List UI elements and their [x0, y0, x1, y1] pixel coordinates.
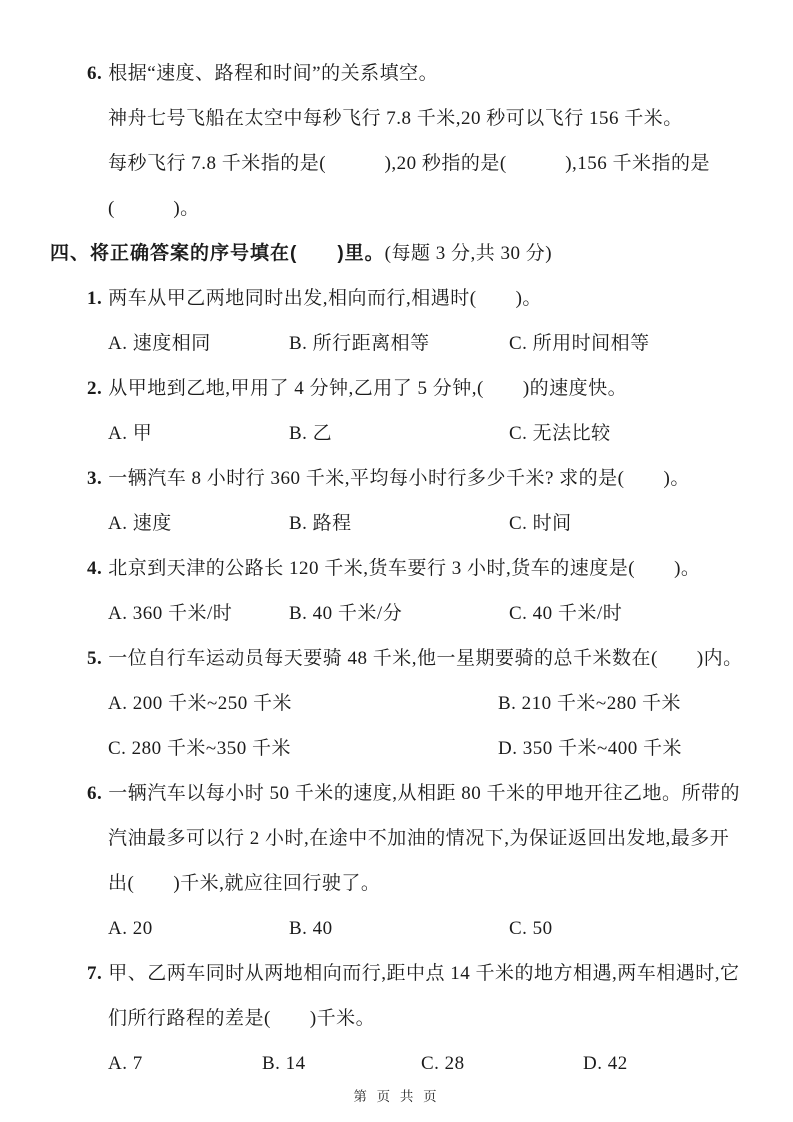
question-text: 甲、乙两车同时从两地相向而行,距中点 14 千米的地方相遇,两车相遇时,它	[108, 963, 739, 984]
question-text: ( )。	[108, 198, 200, 219]
question-number: 1.	[87, 288, 102, 309]
question-text: 出( )千米,就应往回行驶了。	[108, 873, 380, 894]
option-a: A. 速度相同	[108, 321, 289, 366]
question-text: 每秒飞行 7.8 千米指的是( ),20 秒指的是( ),156 千米指的是	[108, 153, 710, 174]
question-prompt: 根据“速度、路程和时间”的关系填空。	[108, 63, 438, 84]
question-4-options: A. 360 千米/时B. 40 千米/分C. 40 千米/时	[0, 591, 793, 636]
option-c: C. 无法比较	[509, 411, 611, 456]
question-text: 一辆汽车以每小时 50 千米的速度,从相距 80 千米的甲地开往乙地。所带的	[108, 783, 740, 804]
question-number: 6.	[87, 783, 102, 804]
question-text: 汽油最多可以行 2 小时,在途中不加油的情况下,为保证返回出发地,最多开	[108, 828, 729, 849]
page-number-label: 第 页 共 页	[353, 1089, 439, 1104]
fill-question-blanks-line-1: 每秒飞行 7.8 千米指的是( ),20 秒指的是( ),156 千米指的是	[0, 141, 793, 186]
question-number: 6.	[87, 63, 102, 84]
question-text: 一辆汽车 8 小时行 360 千米,平均每小时行多少千米? 求的是( )。	[108, 468, 690, 489]
question-text: 从甲地到乙地,甲用了 4 分钟,乙用了 5 分钟,( )的速度快。	[108, 378, 627, 399]
exam-page: 6.根据“速度、路程和时间”的关系填空。 神舟七号飞船在太空中每秒飞行 7.8 …	[0, 0, 793, 1122]
option-b: B. 乙	[289, 411, 509, 456]
option-a: A. 甲	[108, 411, 289, 456]
question-6-stem-line-2: 汽油最多可以行 2 小时,在途中不加油的情况下,为保证返回出发地,最多开	[0, 816, 793, 861]
question-1-options: A. 速度相同B. 所行距离相等C. 所用时间相等	[0, 321, 793, 366]
option-a: A. 20	[108, 906, 289, 951]
question-number: 7.	[87, 963, 102, 984]
option-b: B. 14	[262, 1041, 421, 1086]
option-c: C. 40 千米/时	[509, 591, 622, 636]
question-text: 两车从甲乙两地同时出发,相向而行,相遇时( )。	[108, 288, 542, 309]
option-c: C. 50	[509, 906, 553, 951]
option-a: A. 7	[108, 1041, 262, 1086]
option-b: B. 40	[289, 906, 509, 951]
question-text: 们所行路程的差是( )千米。	[108, 1008, 375, 1029]
question-6-stem-line-1: 6.一辆汽车以每小时 50 千米的速度,从相距 80 千米的甲地开往乙地。所带的	[0, 771, 793, 816]
question-text: 北京到天津的公路长 120 千米,货车要行 3 小时,货车的速度是( )。	[108, 558, 700, 579]
question-number: 3.	[87, 468, 102, 489]
question-3-options: A. 速度B. 路程C. 时间	[0, 501, 793, 546]
section-title: 四、将正确答案的序号填在( )里。	[50, 243, 385, 264]
question-text: 一位自行车运动员每天要骑 48 千米,他一星期要骑的总千米数在( )内。	[108, 648, 742, 669]
question-1-stem: 1.两车从甲乙两地同时出发,相向而行,相遇时( )。	[0, 276, 793, 321]
option-b: B. 路程	[289, 501, 509, 546]
option-a: A. 速度	[108, 501, 289, 546]
section-four-header: 四、将正确答案的序号填在( )里。(每题 3 分,共 30 分)	[0, 231, 793, 276]
question-7-stem-line-2: 们所行路程的差是( )千米。	[0, 996, 793, 1041]
question-number: 4.	[87, 558, 102, 579]
question-6-options: A. 20B. 40C. 50	[0, 906, 793, 951]
option-c: C. 时间	[509, 501, 572, 546]
section-score-note: (每题 3 分,共 30 分)	[385, 243, 552, 264]
option-c: C. 280 千米~350 千米	[108, 726, 498, 771]
option-a: A. 360 千米/时	[108, 591, 289, 636]
option-d: D. 42	[583, 1041, 628, 1086]
question-6-stem-line-3: 出( )千米,就应往回行驶了。	[0, 861, 793, 906]
question-3-stem: 3.一辆汽车 8 小时行 360 千米,平均每小时行多少千米? 求的是( )。	[0, 456, 793, 501]
question-7-options: A. 7B. 14C. 28D. 42	[0, 1041, 793, 1086]
question-2-stem: 2.从甲地到乙地,甲用了 4 分钟,乙用了 5 分钟,( )的速度快。	[0, 366, 793, 411]
option-b: B. 210 千米~280 千米	[498, 681, 681, 726]
question-7-stem-line-1: 7.甲、乙两车同时从两地相向而行,距中点 14 千米的地方相遇,两车相遇时,它	[0, 951, 793, 996]
question-5-stem: 5.一位自行车运动员每天要骑 48 千米,他一星期要骑的总千米数在( )内。	[0, 636, 793, 681]
fill-question-fact-line: 神舟七号飞船在太空中每秒飞行 7.8 千米,20 秒可以飞行 156 千米。	[0, 96, 793, 141]
option-c: C. 所用时间相等	[509, 321, 650, 366]
option-b: B. 40 千米/分	[289, 591, 509, 636]
fill-question-line-1: 6.根据“速度、路程和时间”的关系填空。	[0, 51, 793, 96]
option-c: C. 28	[421, 1041, 583, 1086]
option-b: B. 所行距离相等	[289, 321, 509, 366]
question-text: 神舟七号飞船在太空中每秒飞行 7.8 千米,20 秒可以飞行 156 千米。	[108, 108, 683, 129]
question-4-stem: 4.北京到天津的公路长 120 千米,货车要行 3 小时,货车的速度是( )。	[0, 546, 793, 591]
question-5-options-row-1: A. 200 千米~250 千米B. 210 千米~280 千米	[0, 681, 793, 726]
question-number: 5.	[87, 648, 102, 669]
question-5-options-row-2: C. 280 千米~350 千米D. 350 千米~400 千米	[0, 726, 793, 771]
fill-question-blanks-line-2: ( )。	[0, 186, 793, 231]
option-a: A. 200 千米~250 千米	[108, 681, 498, 726]
page-footer: 第 页 共 页	[0, 1087, 793, 1107]
option-d: D. 350 千米~400 千米	[498, 726, 682, 771]
question-number: 2.	[87, 378, 102, 399]
question-2-options: A. 甲B. 乙C. 无法比较	[0, 411, 793, 456]
